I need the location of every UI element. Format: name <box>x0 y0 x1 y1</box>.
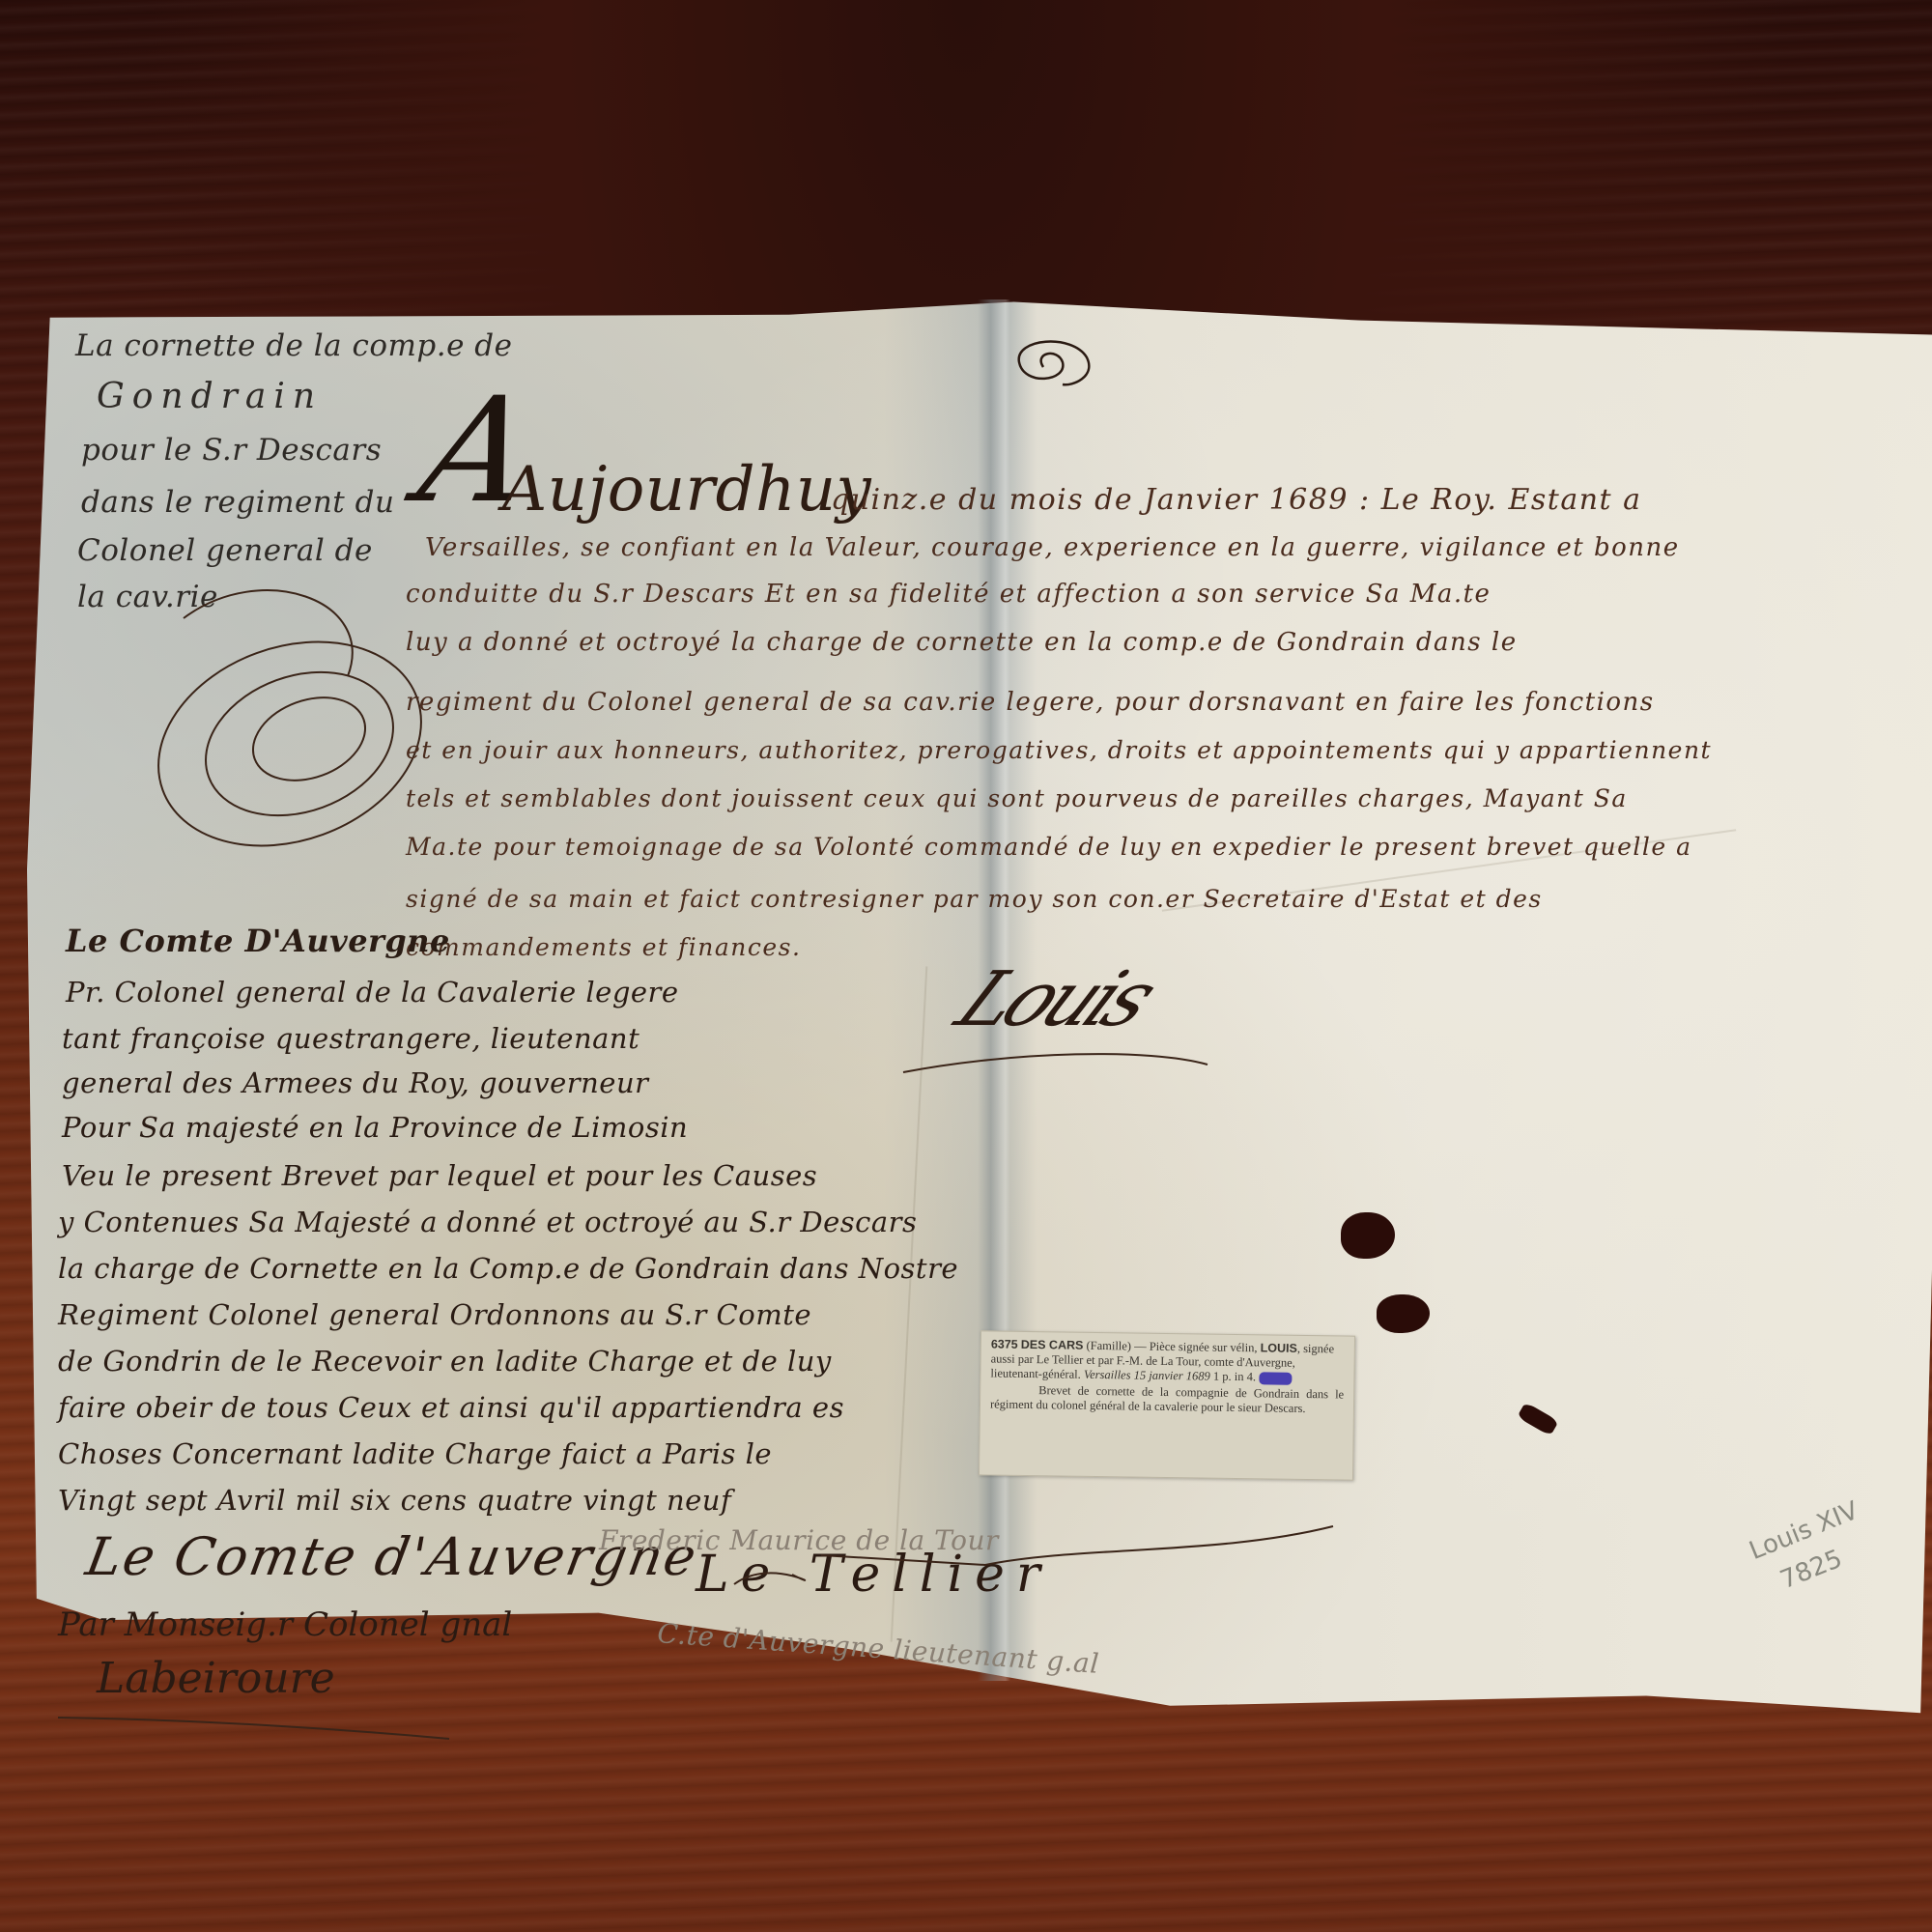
clipping-signer: LOUIS <box>1261 1341 1297 1355</box>
attache-line: Pr. Colonel general de la Cavalerie lege… <box>66 976 679 1009</box>
clipping-title: DES CARS <box>1021 1338 1084 1352</box>
countersign-label: Par Monseig.r Colonel gnal <box>58 1605 512 1644</box>
attache-line: la charge de Cornette en la Comp.e de Go… <box>58 1252 958 1285</box>
attache-line: Choses Concernant ladite Charge faict a … <box>58 1437 772 1470</box>
labeiroure-signature: Labeiroure <box>97 1654 335 1703</box>
attache-line: de Gondrin de le Recevoir en ladite Char… <box>58 1345 832 1378</box>
text-line: regiment du Colonel general de sa cav.ri… <box>406 688 1655 717</box>
text-line: signé de sa main et faict contresigner p… <box>406 885 1543 913</box>
lot-number: 6375 <box>991 1337 1018 1350</box>
signature-underline-icon <box>898 1043 1217 1082</box>
clipping-text: — Pièce signée sur vélin, <box>1134 1340 1258 1355</box>
spiral-flourish-icon <box>1005 328 1101 396</box>
text-line: luy a donné et octroyé la charge de corn… <box>406 628 1518 657</box>
text-line: tels et semblables dont jouissent ceux q… <box>406 784 1628 812</box>
attache-line: y Contenues Sa Majesté a donné et octroy… <box>58 1206 917 1238</box>
purple-ink-mark <box>1259 1372 1292 1384</box>
signature-flourish-icon <box>715 1517 1372 1604</box>
attache-line: tant françoise questrangere, lieutenant <box>62 1022 639 1055</box>
clipping-format: 1 p. in 4. <box>1213 1370 1256 1384</box>
attache-line: Pour Sa majesté en la Province de Limosi… <box>62 1111 688 1144</box>
attache-line: Veu le present Brevet par lequel et pour… <box>62 1159 817 1192</box>
margin-line: Gondrain <box>97 377 323 416</box>
attache-line: general des Armees du Roy, gouverneur <box>62 1066 648 1099</box>
text-line: et en jouir aux honneurs, authoritez, pr… <box>406 736 1712 764</box>
text-line: Ma.te pour temoignage de sa Volonté comm… <box>406 833 1692 861</box>
text-line: conduitte du S.r Descars Et en sa fideli… <box>406 580 1491 609</box>
attache-line: Vingt sept Avril mil six cens quatre vin… <box>58 1484 731 1517</box>
text-line: commandements et finances. <box>406 933 801 961</box>
attache-line: faire obeir de tous Ceux et ainsi qu'il … <box>58 1391 844 1424</box>
clipping-description: Brevet de cornette de la compagnie de Go… <box>990 1382 1344 1416</box>
clipping-place-date: Versailles 15 janvier 1689 <box>1084 1368 1210 1383</box>
text-line: quinz.e du mois de Janvier 1689 : Le Roy… <box>831 483 1642 517</box>
catalog-clipping: 6375 DES CARS (Famille) — Pièce signée s… <box>979 1330 1355 1480</box>
margin-line: dans le regiment du <box>81 485 394 520</box>
opening-word: Aujourdhuy <box>502 454 871 526</box>
attache-line: Regiment Colonel general Ordonnons au S.… <box>58 1298 811 1331</box>
margin-line: La cornette de la comp.e de <box>75 328 513 363</box>
margin-line: pour le S.r Descars <box>81 433 382 468</box>
attache-line: Le Comte D'Auvergne <box>66 923 450 959</box>
signature-underline-icon <box>53 1700 459 1748</box>
text-line: Versailles, se confiant en la Valeur, co… <box>425 533 1680 562</box>
clipping-family: (Famille) <box>1086 1339 1131 1353</box>
calligraphic-flourish-icon <box>126 560 435 908</box>
